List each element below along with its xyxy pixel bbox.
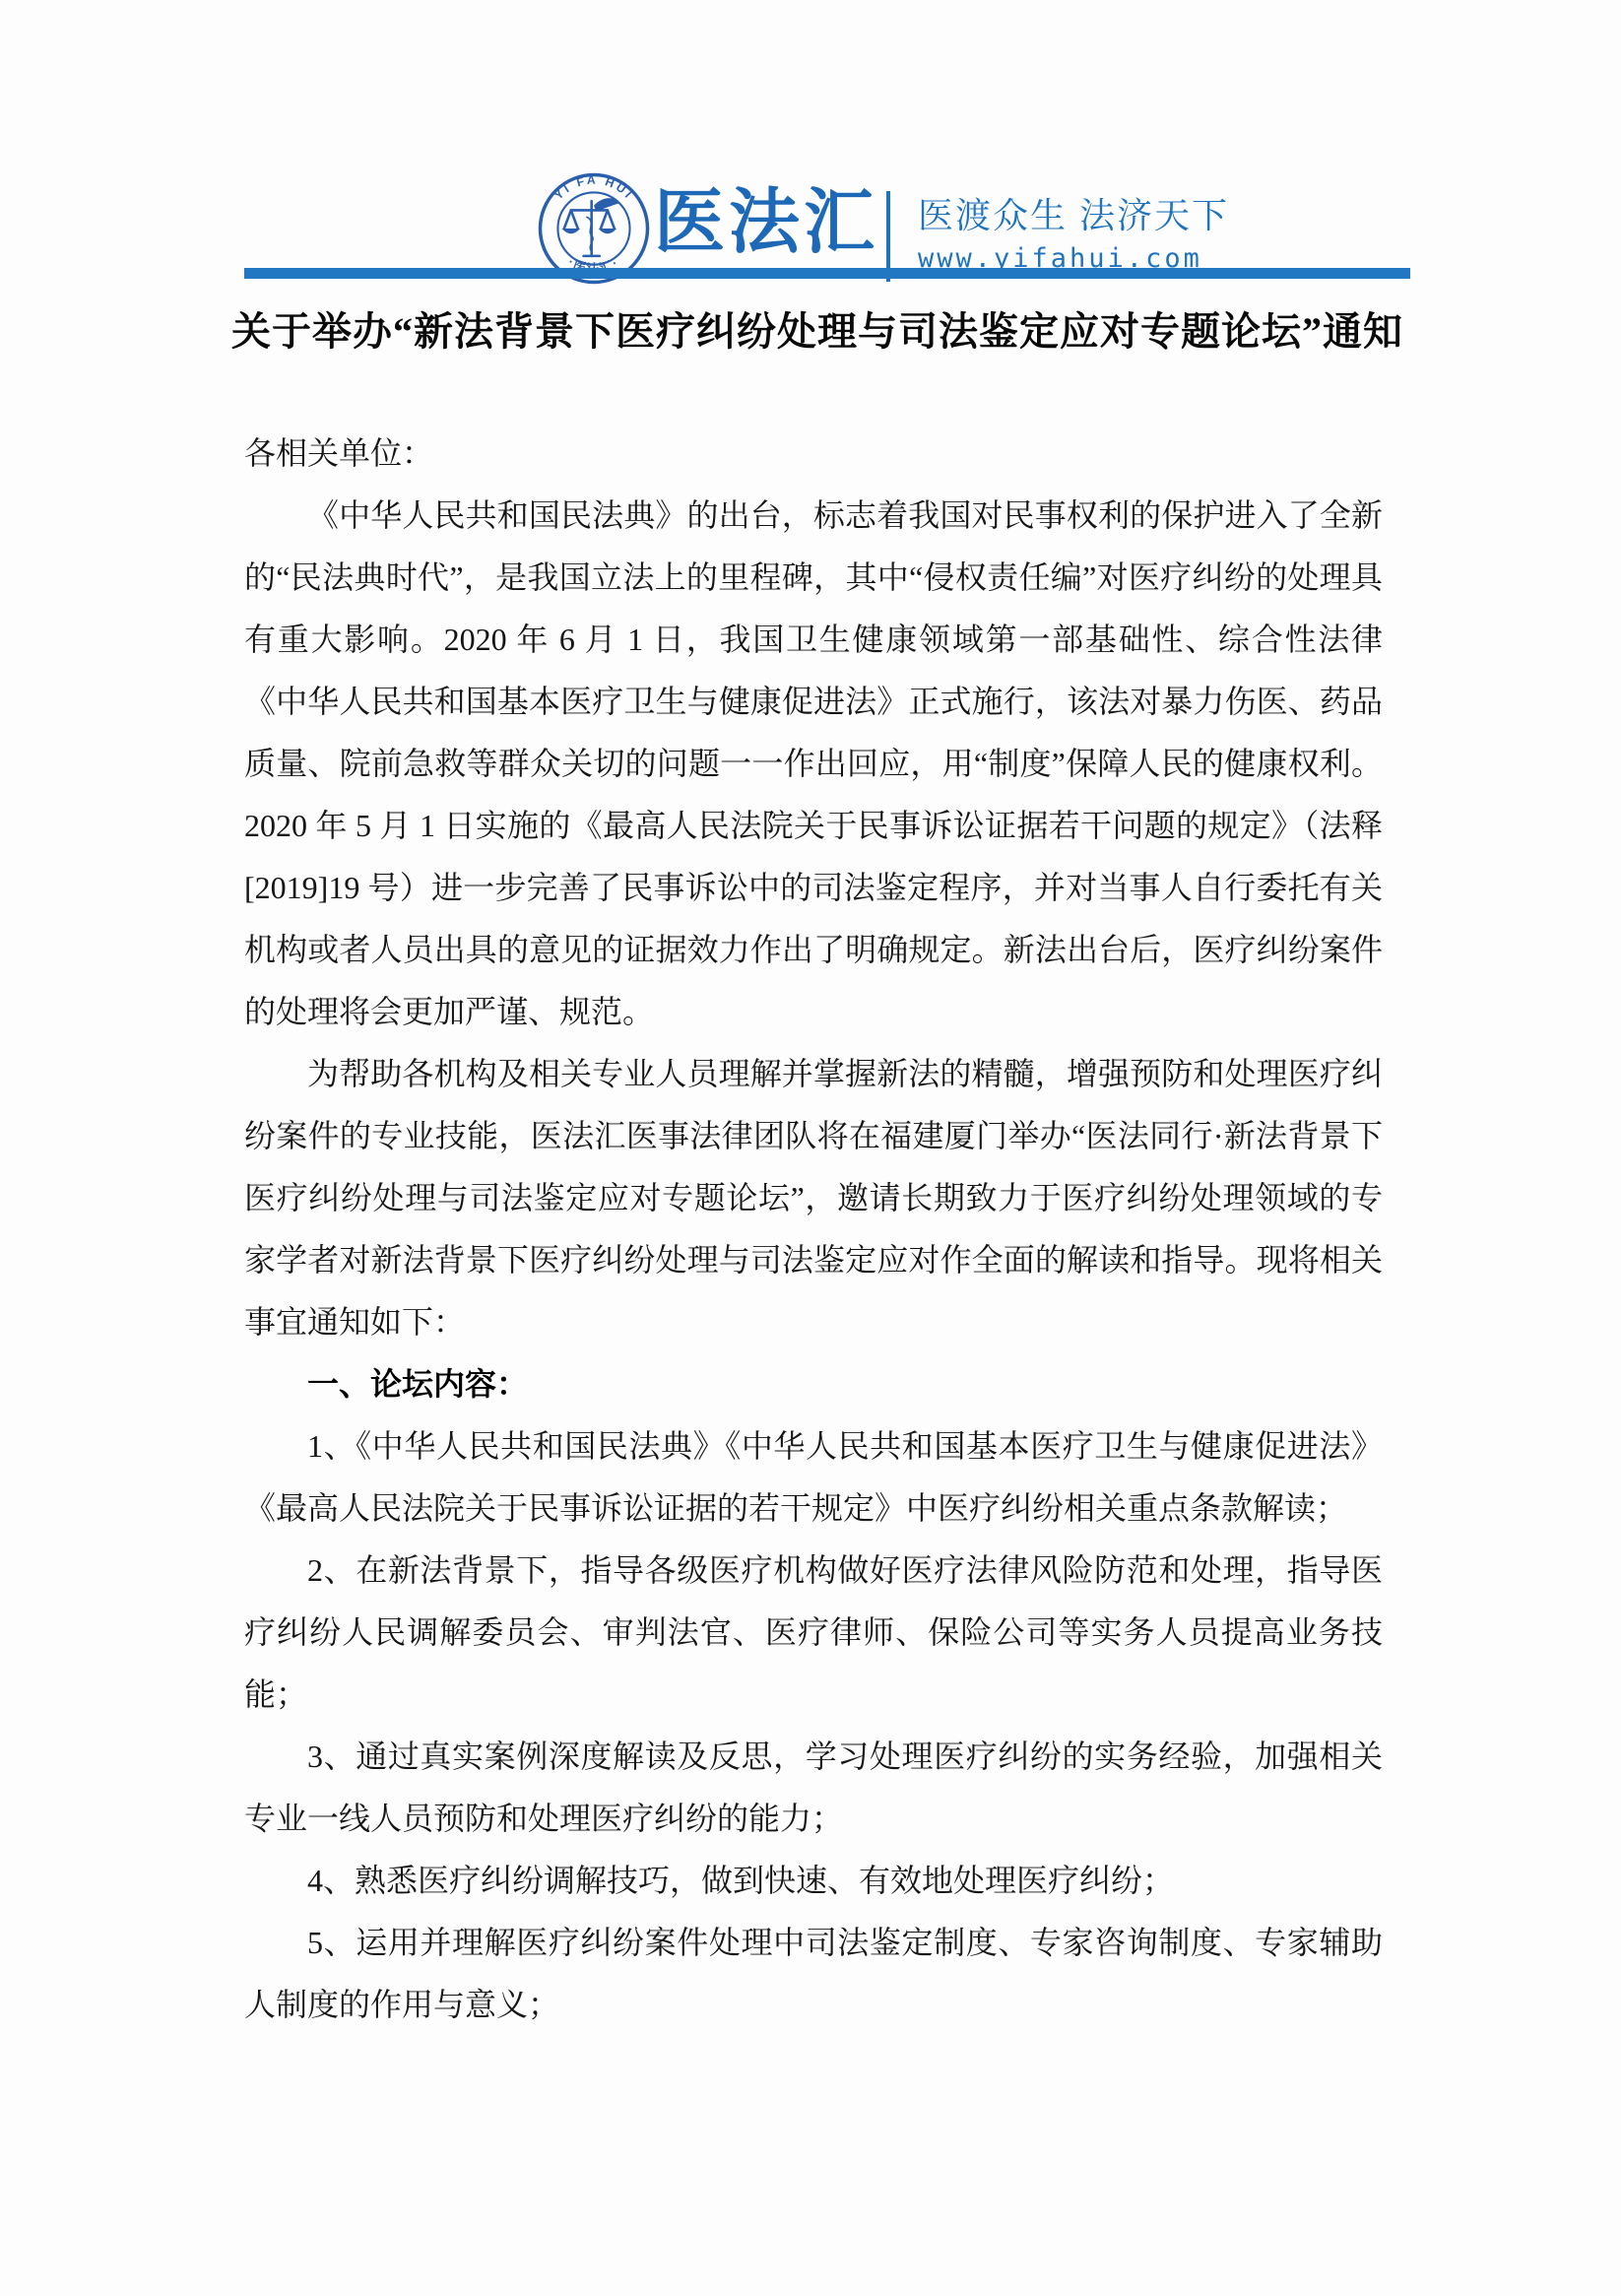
seal-top-text: YI FA HUI	[551, 173, 636, 203]
brand-tagline: 医渡众生 法济天下	[918, 196, 1229, 235]
section-heading: 一、论坛内容：	[244, 1353, 1383, 1415]
paragraph: 《中华人民共和国民法典》的出台，标志着我国对民事权利的保护进入了全新的“民法典时…	[244, 485, 1383, 1043]
list-item: 5、运用并理解医疗纠纷案件处理中司法鉴定制度、专家咨询制度、专家辅助人制度的作用…	[244, 1912, 1383, 2036]
letterhead-rule	[244, 268, 1410, 279]
document-body: 各相关单位： 《中华人民共和国民法典》的出台，标志着我国对民事权利的保护进入了全…	[244, 423, 1383, 2036]
paragraph: 为帮助各机构及相关专业人员理解并掌握新法的精髓，增强预防和处理医疗纠纷案件的专业…	[244, 1043, 1383, 1353]
list-item: 1、《中华人民共和国民法典》《中华人民共和国基本医疗卫生与健康促进法》《最高人民…	[244, 1415, 1383, 1540]
scales-of-justice-icon	[562, 198, 619, 256]
brand-wordmark: 医法汇	[654, 187, 878, 258]
list-item: 4、熟悉医疗纠纷调解技巧，做到快速、有效地处理医疗纠纷；	[244, 1850, 1383, 1912]
list-item: 2、在新法背景下，指导各级医疗机构做好医疗法律风险防范和处理，指导医疗纠纷人民调…	[244, 1540, 1383, 1726]
salutation: 各相关单位：	[244, 423, 1383, 485]
brand-tag-block: 医渡众生 法济天下 www.yifahui.com	[918, 196, 1229, 273]
document-title: 关于举办“新法背景下医疗纠纷处理与司法鉴定应对专题论坛”通知	[227, 307, 1408, 357]
document-page: YI FA HUI ·医法汇· 医法汇 医渡众生 法济天下 www.yifahu…	[0, 0, 1621, 2296]
list-item: 3、通过真实案例深度解读及反思，学习处理医疗纠纷的实务经验，加强相关专业一线人员…	[244, 1726, 1383, 1850]
